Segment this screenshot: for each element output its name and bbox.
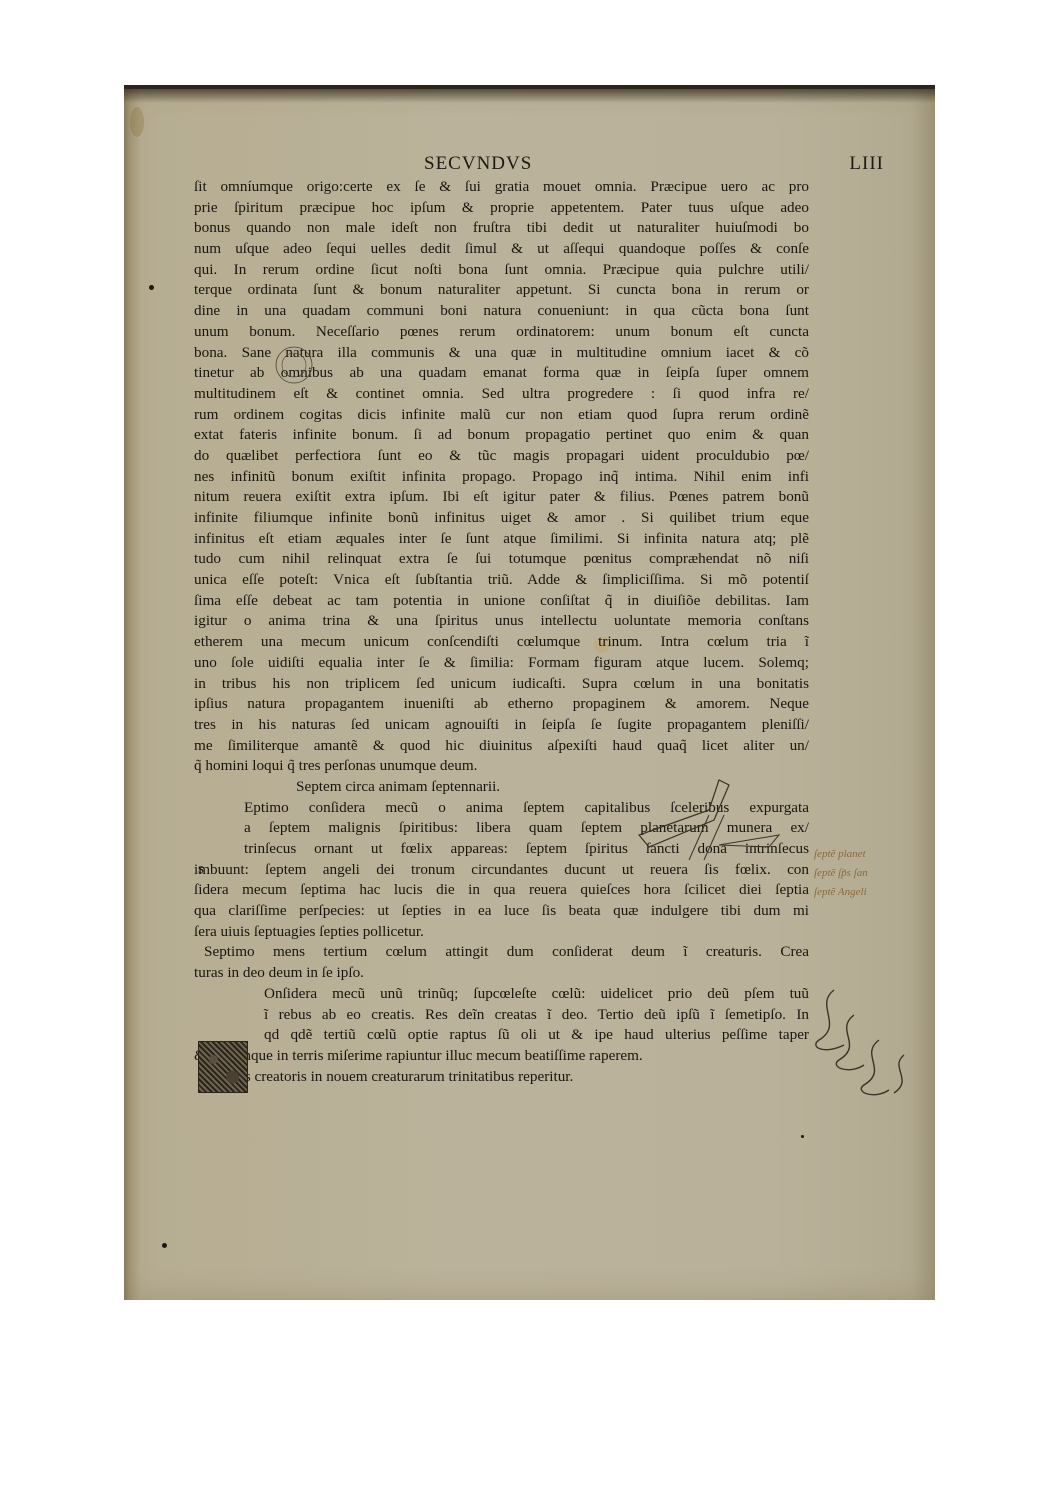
text-line: bona. Sane natura illa communis & una qu…: [194, 343, 809, 364]
text-line: ſit omníumque origo:certe ex ſe & ſui gr…: [194, 177, 809, 198]
body-text: ſit omníumque origo:certe ex ſe & ſui gr…: [194, 177, 809, 1087]
text-line: igitur o anima trina & una ſpiritus unus…: [194, 611, 809, 632]
marginalia-line: ſeptẽ Angeli: [814, 883, 934, 902]
text-line: do quælibet perfectiora ſunt eo & tũc ma…: [194, 446, 809, 467]
text-line: infinite filiumque infinite bonũ infinit…: [194, 508, 809, 529]
text-line: & quicunque in terris miſerime rapiuntur…: [194, 1046, 809, 1067]
text-line: in tribus his non triplicem ſed unicum i…: [194, 674, 809, 695]
folio-number: LIII: [849, 153, 884, 175]
section-heading: Trinitas creatoris in nouem creaturarum …: [194, 1067, 809, 1088]
text-line: ſera uiuis ſeptuagies ſepties pollicetur…: [194, 922, 809, 943]
marginalia-line: ſeptẽ planet: [814, 845, 934, 864]
running-head-title: SECVNDVS: [424, 153, 532, 175]
text-line: multitudinem eſt & continet omnia. Sed u…: [194, 384, 809, 405]
text-line: num uſque adeo ſequi uelles dedit ſimul …: [194, 239, 809, 260]
text-line: bonus quando non male ideſt non fruſtra …: [194, 218, 809, 239]
serpent-flourish-doodle: [804, 985, 934, 1105]
text-line: a ſeptem malignis ſpiritibus: libera qua…: [194, 818, 809, 839]
marginalia-line: ſeptẽ ſp̃s ſan: [814, 864, 934, 883]
text-line: infinitus eſt etiam æquales inter ſe ſun…: [194, 529, 809, 550]
ink-dot: [149, 285, 154, 290]
text-line: tinetur ab omnibus ab una quadam emanat …: [194, 363, 809, 384]
text-line: tres in his naturas ſed unicam agnouiſti…: [194, 715, 809, 736]
text-line: unum bonum. Neceſſario pœnes rerum ordin…: [194, 322, 809, 343]
text-line: tudo cum nihil relinquat extra ſe ſui to…: [194, 549, 809, 570]
text-line: extat fateris infinite bonum. ſi ad bonu…: [194, 425, 809, 446]
text-line: ipſius natura propagantem inueniſti ab e…: [194, 694, 809, 715]
handwritten-marginalia: ſeptẽ planet ſeptẽ ſp̃s ſan ſeptẽ Angeli: [814, 845, 934, 902]
text-line: ſima eſſe debeat ac tam potentia in unio…: [194, 591, 809, 612]
text-line: qd qdẽ tertiũ cœlũ optie raptus ſũ oli u…: [194, 1025, 809, 1046]
text-line: rum ordinem cogitas dicis infinite malũ …: [194, 405, 809, 426]
foxing-stain: [130, 107, 144, 137]
text-line: qui. In rerum ordine ſicut noſti bona ſu…: [194, 260, 809, 281]
text-line: Septimo mens tertium cœlum attingit dum …: [194, 942, 809, 963]
text-line: imbuunt: ſeptem angeli dei tronum circun…: [194, 860, 809, 881]
text-line: Eptimo conſidera mecũ o anima ſeptem cap…: [194, 798, 809, 819]
text-line: nitum reuera exiſtit extra ipſum. Ibi eſ…: [194, 487, 809, 508]
text-line: me ſimiliterque amantẽ & quod hic diuini…: [194, 736, 809, 757]
section-heading: Septem circa animam ſeptennarii.: [194, 777, 809, 798]
ink-dot: [801, 1135, 804, 1138]
margin-letter: s: [198, 861, 204, 878]
text-line: Onſidera mecũ unũ trinũq; ſupcœleſte cœl…: [194, 984, 809, 1005]
ink-dot: [162, 1243, 167, 1248]
text-line: prie ſpiritum præcipue hoc ipſum & propr…: [194, 198, 809, 219]
text-line: unica eſſe poteſt: Vnica eſt ſubſtantia …: [194, 570, 809, 591]
text-line: uno ſole uidiſti equalia inter ſe & ſimi…: [194, 653, 809, 674]
text-line: nes infinitũ bonum exiſtit infinita prop…: [194, 467, 809, 488]
text-line: qua clariſſime perſpecies: ut ſepties in…: [194, 901, 809, 922]
scanned-page: SECVNDVS LIII ſit omníumque origo:certe …: [124, 85, 935, 1300]
text-line: terque ordinata ſunt & bonum naturaliter…: [194, 280, 809, 301]
text-line: trinſecus ornant ut fœlix appareas: ſept…: [194, 839, 809, 860]
text-line: etherem una mecum unicum conſcendiſti cœ…: [194, 632, 809, 653]
text-line: dine in una quadam communi boni natura c…: [194, 301, 809, 322]
text-line: q̃ homini loqui q̃ tres perſonas unumque…: [194, 756, 809, 777]
text-line: ĩ rebus ab eo creatis. Res deĩn creatas …: [194, 1005, 809, 1026]
text-line: ſidera mecum ſeptima hac lucis die in qu…: [194, 880, 809, 901]
text-line: turas in deo deum in ſe ipſo.: [194, 963, 809, 984]
decorated-initial-c: [198, 1041, 248, 1093]
running-head: SECVNDVS LIII: [184, 153, 884, 175]
